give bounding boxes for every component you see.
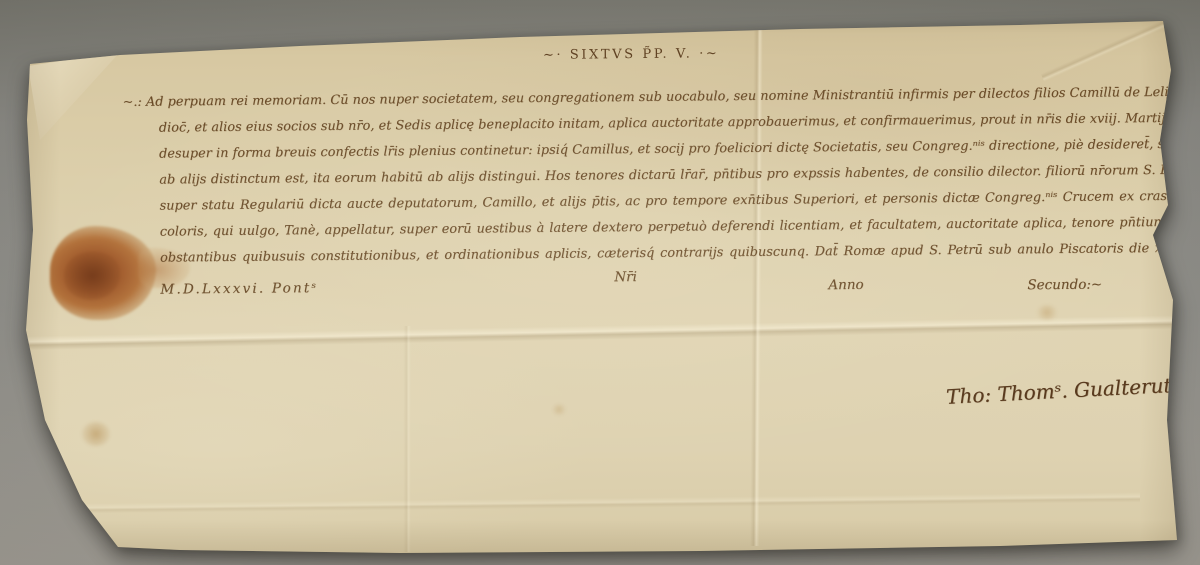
manuscript-title: ~· SIXTVS P̃P. V. ·~	[500, 46, 762, 64]
manuscript-line: dioc̄, et alios eius socios sub nr̄o, et…	[159, 110, 1200, 136]
dateline-year: M.D.Lxxxvi. Pontˢ	[160, 280, 318, 298]
parchment-shadow: ~· SIXTVS P̃P. V. ·~ ~.: Ad perpuam rei …	[0, 0, 1200, 565]
manuscript-line: desuper in forma breuis confectis lr̄is …	[159, 136, 1200, 162]
dateline-nri: Nr̄i	[614, 269, 637, 285]
manuscript-line: ab alijs distinctum est, ita eorum habit…	[159, 162, 1200, 187]
manuscript-line: super statu Regulariū dicta aucte deputa…	[160, 188, 1200, 214]
manuscript-text: ~· SIXTVS P̃P. V. ·~ ~.: Ad perpuam rei …	[120, 30, 1179, 340]
manuscript-line: coloris, qui uulgo, Tanè, appellatur, su…	[160, 214, 1200, 240]
wax-seal-core	[64, 252, 120, 300]
manuscript-line: obstantibus quibusuis constitutionibus, …	[160, 240, 1200, 265]
dateline-anno: Anno	[828, 277, 863, 293]
parchment-sheet: ~· SIXTVS P̃P. V. ·~ ~.: Ad perpuam rei …	[0, 0, 1200, 565]
stain-spot	[82, 422, 110, 446]
lower-fold-crease	[60, 486, 1140, 517]
stain-spot	[552, 404, 566, 415]
manuscript-line: ~.: Ad perpuam rei memoriam. Cū nos nupe…	[123, 84, 1200, 110]
corner-fold	[28, 52, 120, 140]
photo-backdrop: ~· SIXTVS P̃P. V. ·~ ~.: Ad perpuam rei …	[0, 0, 1200, 565]
signature: Tho: Thomˢ. Gualterutius.	[946, 371, 1200, 409]
dateline-secundo: Secundo:~	[1027, 277, 1102, 294]
faint-vertical-crease	[402, 326, 412, 552]
